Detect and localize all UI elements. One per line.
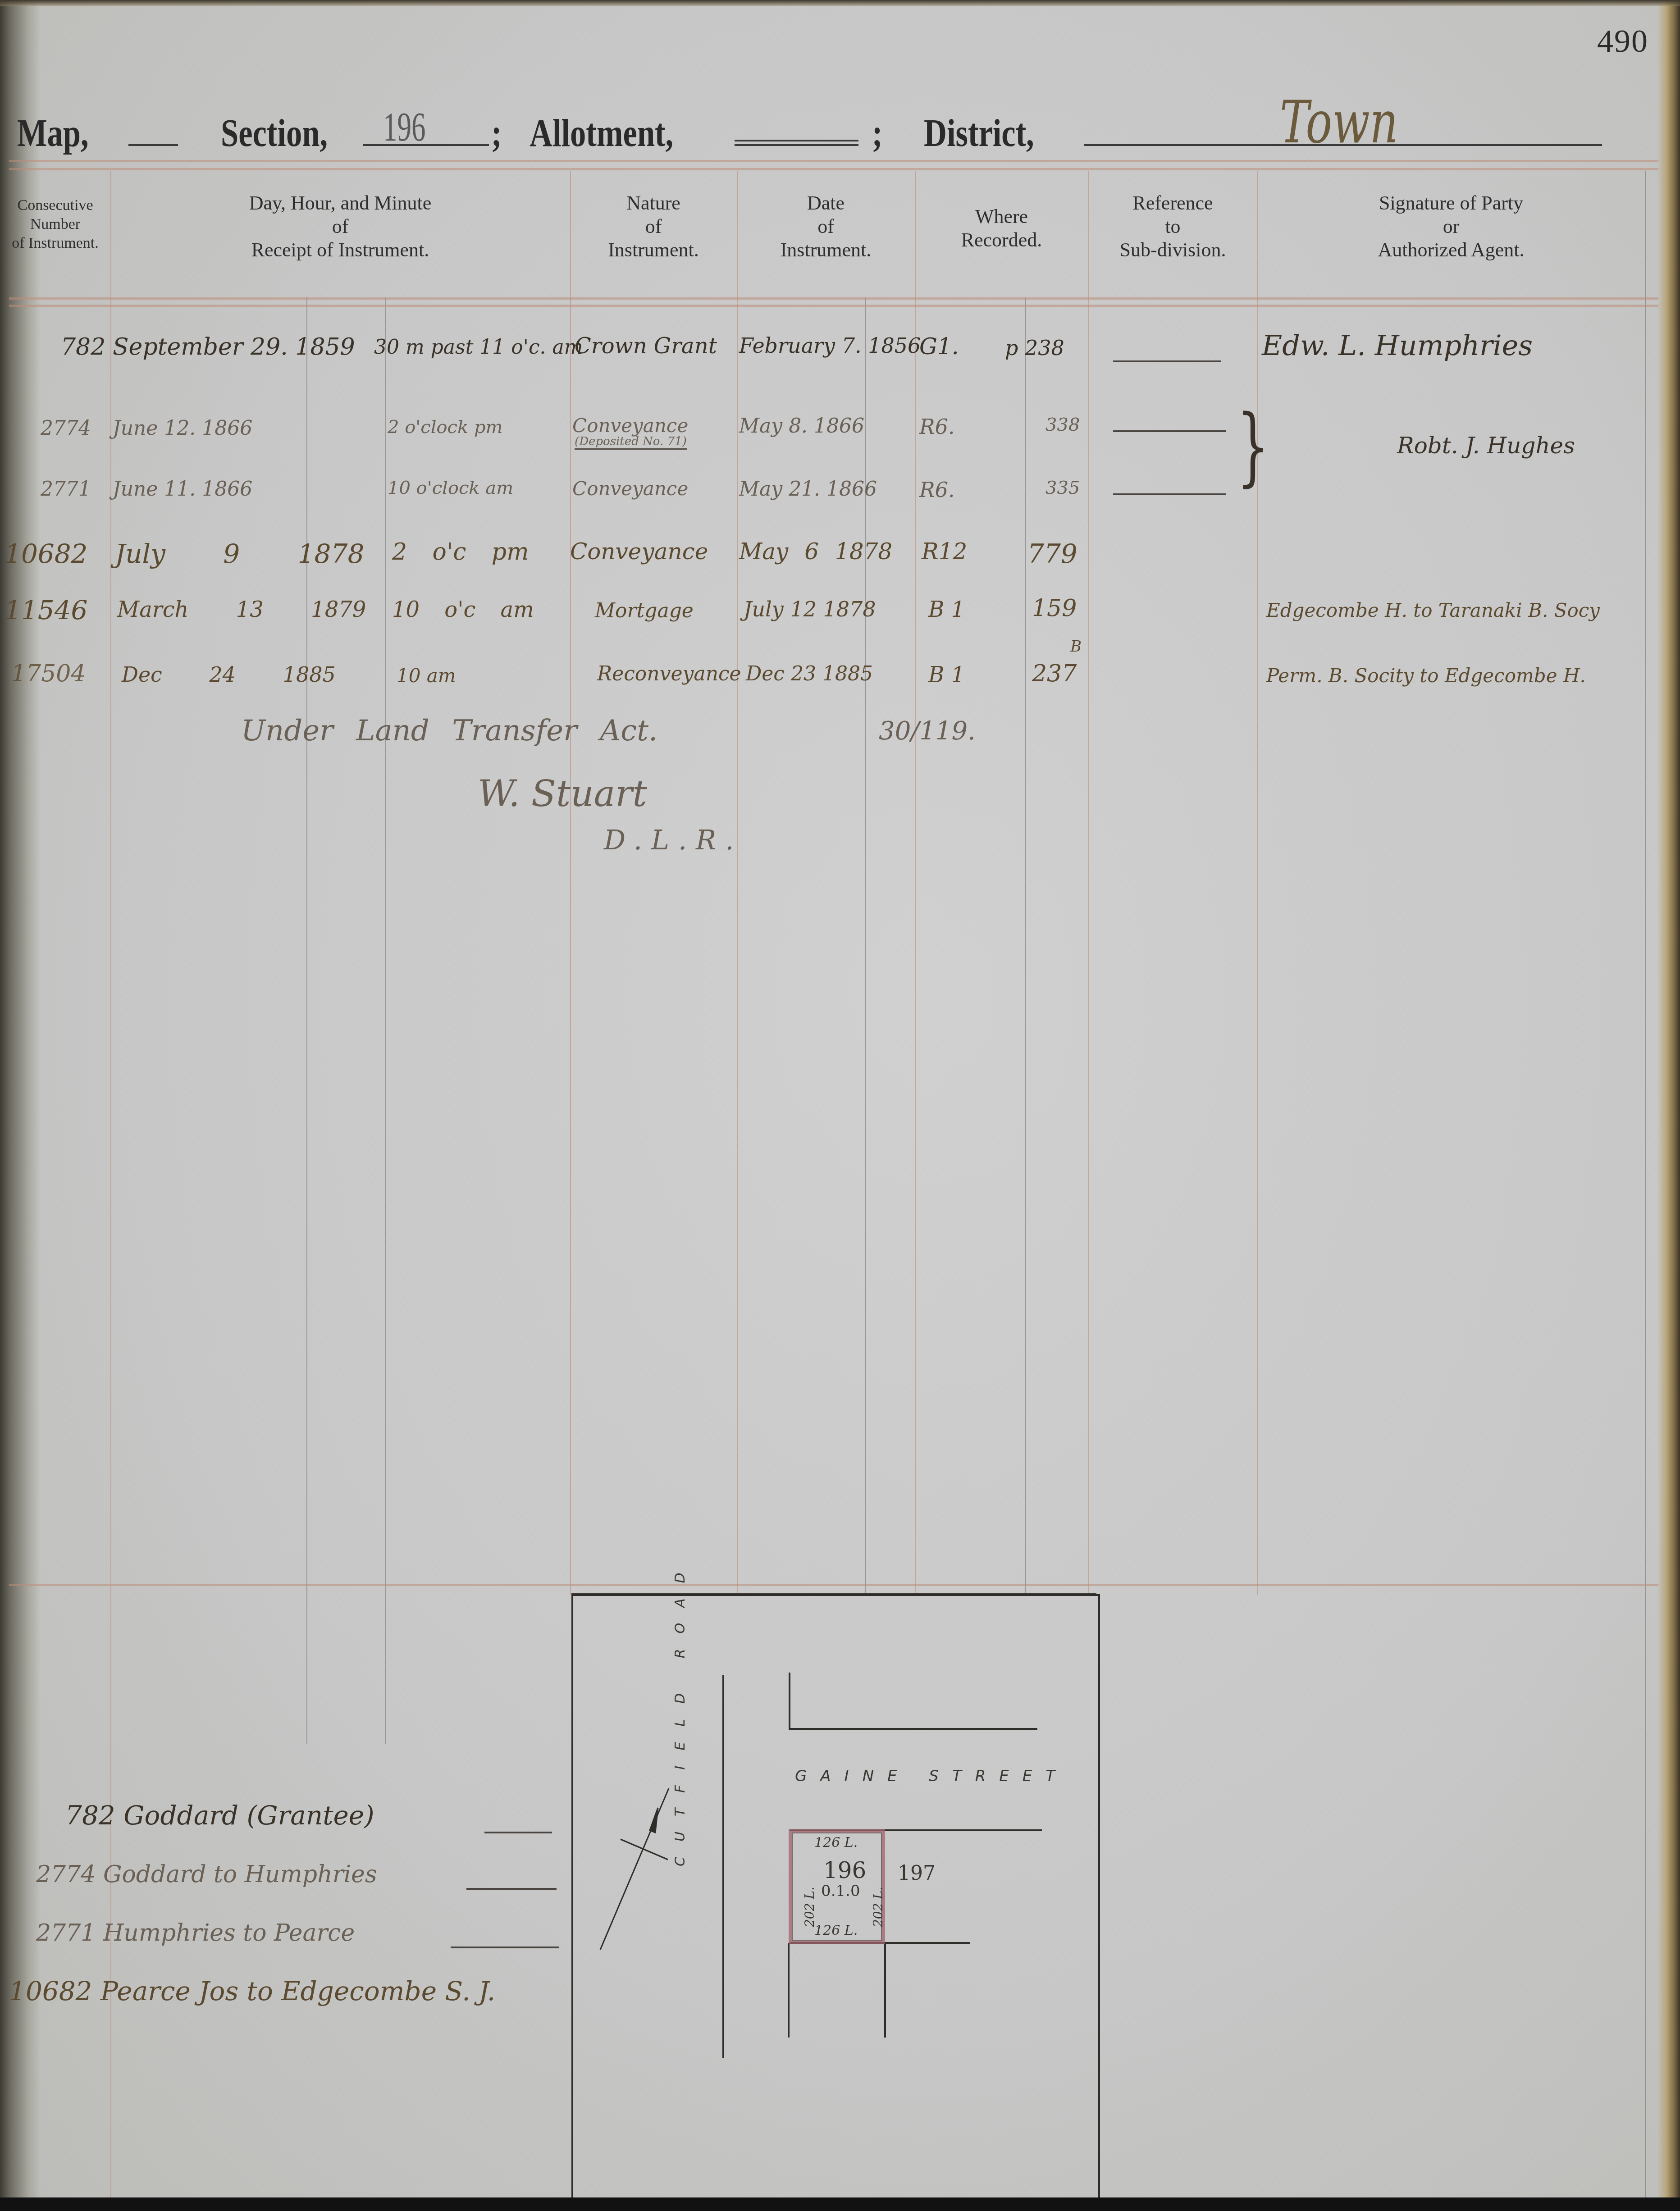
entry-instrument-date: February 7. 1856 — [739, 333, 921, 358]
entry-instrument-date: May 21. 1866 — [739, 478, 877, 501]
lot-left-dimension: 202 L. — [802, 1887, 817, 1927]
transfer-list-dash — [484, 1832, 552, 1833]
entry-nature-note: (Deposited No. 71) — [575, 435, 687, 450]
transfer-list-item: 10682 Pearce Jos to Edgecombe S. J. — [9, 1976, 495, 2006]
transfer-list-item: 782 Goddard (Grantee) — [65, 1800, 374, 1831]
section-value-line — [363, 144, 489, 146]
street-label-cutfield: CUTFIELD ROAD — [672, 1557, 688, 1866]
entry-recorded-page: 237 — [1032, 660, 1077, 687]
entry-number: 782 — [61, 333, 105, 360]
lot-number: 196 — [823, 1857, 866, 1883]
entry-nature: Conveyance — [572, 478, 688, 500]
entry-recorded-book: G1. — [919, 333, 959, 360]
entry-receipt-time: 10 o'c am — [392, 597, 534, 622]
column-rule-9 — [1088, 171, 1089, 1595]
allotment-separator: ; — [872, 110, 882, 155]
entry-receipt-date: March 13 1879 — [117, 597, 366, 622]
entry-receipt-time: 2 o'clock pm — [388, 417, 502, 438]
entry-subdivision-dash — [1113, 493, 1226, 495]
neighbor-lot-number: 197 — [898, 1862, 936, 1885]
bracket-signature: Robt. J. Hughes — [1397, 433, 1575, 459]
column-heading-signature: Signature of Party or Authorized Agent. — [1257, 191, 1645, 262]
entry-number: 11546 — [5, 595, 88, 625]
entry-instrument-date: May 8. 1866 — [739, 415, 864, 438]
entry-nature: Crown Grant — [575, 333, 717, 359]
transfer-list-dash — [466, 1888, 557, 1890]
column-heading-subdivision: Reference to Sub-division. — [1088, 191, 1257, 262]
column-rule-5 — [737, 171, 738, 1595]
street-label-gaine: GAINE STREET — [795, 1767, 1068, 1785]
transfer-list-dash — [451, 1947, 559, 1948]
column-heading-consecutive-number: Consecutive Number of Instrument. — [0, 196, 110, 253]
entry-recorded-page: p 238 — [1005, 336, 1064, 360]
street-edge-line — [790, 1673, 1037, 1729]
entry-page-superscript: B — [1070, 638, 1082, 656]
column-rule-4 — [570, 171, 571, 1595]
ledger-page: 490 Map, Section, 196 ; Allotment, ; Dis… — [0, 0, 1680, 2211]
district-label: District, — [924, 110, 1034, 155]
entry-receipt-date: September 29. 1859 — [113, 333, 355, 360]
annotation-signature: W. Stuart — [478, 773, 647, 815]
entry-recorded-book: B 1 — [928, 662, 965, 688]
column-heading-receipt: Day, Hour, and Minute of Receipt of Inst… — [110, 191, 570, 262]
section-value: 196 — [383, 104, 426, 150]
page-edge — [1657, 0, 1680, 2211]
entry-recorded-page: 338 — [1045, 415, 1080, 435]
entry-nature: Mortgage — [595, 599, 694, 622]
entry-instrument-date: July 12 1878 — [744, 597, 876, 621]
header-rule-top — [9, 160, 1658, 162]
page-bottom-edge — [0, 2197, 1680, 2211]
entry-number: 2771 — [41, 478, 91, 501]
lot-top-dimension: 126 L. — [814, 1835, 858, 1851]
entry-nature: Conveyance — [570, 538, 708, 565]
heading-rule-2 — [9, 305, 1658, 307]
column-heading-nature: Nature of Instrument. — [570, 191, 737, 262]
allotment-value-blank — [735, 144, 858, 146]
map-value-blank — [128, 144, 178, 146]
entry-subdivision-dash — [1113, 360, 1221, 362]
annotation-initials: D.L.R. — [604, 825, 743, 856]
annotation-reference: 30/119. — [879, 716, 976, 746]
entry-subdivision-dash — [1113, 430, 1226, 432]
column-rule-right — [1645, 171, 1646, 2199]
entry-recorded-book: B 1 — [928, 597, 965, 622]
entry-recorded-book: R12 — [922, 538, 967, 565]
entry-number: 10682 — [5, 538, 88, 569]
entry-recorded-book: R6. — [919, 478, 955, 502]
column-rule-1 — [110, 171, 111, 2199]
map-label: Map, — [17, 110, 89, 155]
register-header: Map, Section, 196 ; Allotment, ; Distric… — [0, 101, 1680, 155]
entry-instrument-date: May 6 1878 — [739, 538, 892, 565]
entry-instrument-date: Dec 23 1885 — [746, 662, 873, 685]
bracket-brace: } — [1237, 403, 1269, 489]
entry-signature: Perm. B. Socity to Edgecombe H. — [1266, 665, 1586, 687]
lot-area: 0.1.0 — [821, 1882, 860, 1900]
transfer-list-item: 2771 Humphries to Pearce — [36, 1919, 355, 1947]
entry-nature: Reconveyance — [597, 662, 741, 685]
column-rule-10 — [1257, 171, 1258, 1595]
header-rule-top-2 — [9, 168, 1658, 170]
entry-number: 2774 — [41, 417, 91, 440]
column-rule-7 — [915, 171, 916, 1595]
column-rule-3 — [385, 297, 386, 1744]
entry-nature: Conveyance — [572, 415, 688, 437]
entry-receipt-date: July 9 1878 — [115, 538, 364, 569]
north-arrow-icon — [600, 1788, 669, 1950]
section-separator: ; — [491, 110, 502, 155]
entry-number: 17504 — [11, 660, 86, 687]
page-top-edge — [0, 0, 1680, 6]
book-gutter-shadow — [0, 0, 41, 2211]
entry-receipt-time: 30 m past 11 o'c. am — [374, 336, 583, 359]
district-value: Town — [1280, 88, 1398, 156]
entry-receipt-date: June 11. 1866 — [113, 478, 252, 501]
lot-right-dimension: 202 L. — [871, 1887, 886, 1927]
lower-rule — [9, 1584, 1658, 1586]
heading-rule — [9, 297, 1658, 300]
entry-receipt-date: June 12. 1866 — [113, 417, 252, 440]
entry-receipt-date: Dec 24 1885 — [122, 662, 336, 687]
column-rule-2 — [306, 297, 307, 1744]
page-number: 490 — [1597, 23, 1648, 60]
allotment-value-dash — [735, 140, 858, 141]
entry-recorded-page: 335 — [1045, 478, 1080, 498]
entry-signature: Edgecombe H. to Taranaki B. Socy — [1266, 599, 1600, 621]
entry-recorded-book: R6. — [919, 415, 955, 439]
entry-receipt-time: 10 o'clock am — [388, 478, 513, 498]
section-plan: GAINE STREET CUTFIELD ROAD 126 L. 196 0.… — [571, 1594, 1100, 2200]
entry-recorded-page: 779 — [1027, 538, 1077, 569]
column-heading-where-recorded: Where Recorded. — [915, 205, 1088, 252]
column-heading-date: Date of Instrument. — [737, 191, 915, 262]
allotment-label: Allotment, — [530, 110, 673, 155]
entry-signature: Edw. L. Humphries — [1262, 329, 1533, 362]
column-rule-8 — [1025, 297, 1026, 1595]
lot-bottom-dimension: 126 L. — [814, 1923, 858, 1938]
annotation-text: Under Land Transfer Act. — [241, 714, 657, 748]
section-label: Section, — [221, 110, 328, 155]
transfer-list-item: 2774 Goddard to Humphries — [36, 1861, 377, 1888]
entry-receipt-time: 10 am — [397, 665, 456, 687]
entry-receipt-time: 2 o'c pm — [392, 538, 529, 565]
entry-recorded-page: 159 — [1032, 595, 1077, 622]
